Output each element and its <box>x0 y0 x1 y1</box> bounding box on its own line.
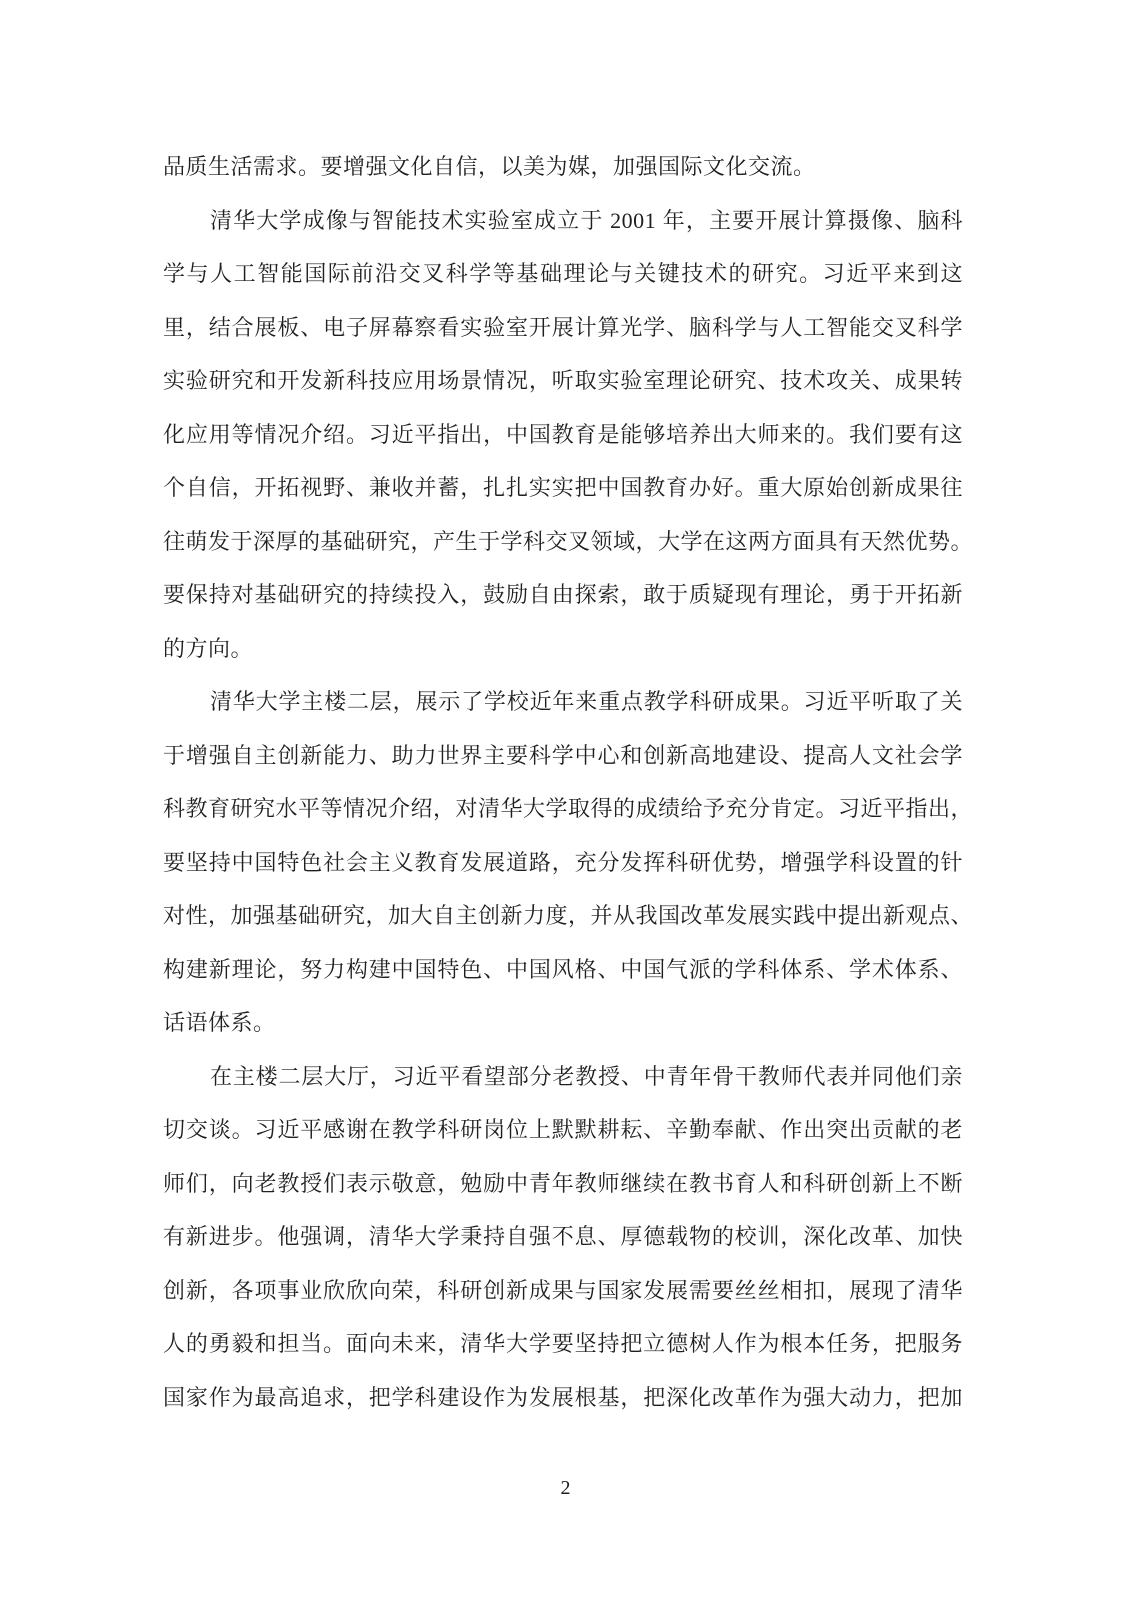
text-line: 师们，向老教授们表示敬意，勉励中青年教师继续在教书育人和科研创新上不断 <box>163 1157 963 1211</box>
text-line: 有新进步。他强调，清华大学秉持自强不息、厚德载物的校训，深化改革、加快 <box>163 1210 963 1264</box>
text-line: 创新，各项事业欣欣向荣，科研创新成果与国家发展需要丝丝相扣，展现了清华 <box>163 1264 963 1318</box>
text-line: 清华大学主楼二层，展示了学校近年来重点教学科研成果。习近平听取了关 <box>163 675 963 729</box>
text-line: 对性，加强基础研究，加大自主创新力度，并从我国改革发展实践中提出新观点、 <box>163 889 963 943</box>
text-line: 于增强自主创新能力、助力世界主要科学中心和创新高地建设、提高人文社会学 <box>163 729 963 783</box>
text-line: 的方向。 <box>163 622 963 676</box>
text-line: 往萌发于深厚的基础研究，产生于学科交叉领域，大学在这两方面具有天然优势。 <box>163 515 963 569</box>
text-line: 个自信，开拓视野、兼收并蓄，扎扎实实把中国教育办好。重大原始创新成果往 <box>163 461 963 515</box>
text-line: 要保持对基础研究的持续投入，鼓励自由探索，敢于质疑现有理论，勇于开拓新 <box>163 568 963 622</box>
text-line: 实验研究和开发新科技应用场景情况，听取实验室理论研究、技术攻关、成果转 <box>163 354 963 408</box>
text-line: 科教育研究水平等情况介绍，对清华大学取得的成绩给予充分肯定。习近平指出， <box>163 782 963 836</box>
text-line: 学与人工智能国际前沿交叉科学等基础理论与关键技术的研究。习近平来到这 <box>163 247 963 301</box>
document-body: 品质生活需求。要增强文化自信，以美为媒，加强国际文化交流。 清华大学成像与智能技… <box>163 140 963 1424</box>
document-page: 品质生活需求。要增强文化自信，以美为媒，加强国际文化交流。 清华大学成像与智能技… <box>0 0 1131 1600</box>
text-line: 里，结合展板、电子屏幕察看实验室开展计算光学、脑科学与人工智能交叉科学 <box>163 301 963 355</box>
text-line: 要坚持中国特色社会主义教育发展道路，充分发挥科研优势，增强学科设置的针 <box>163 836 963 890</box>
text-line: 在主楼二层大厅，习近平看望部分老教授、中青年骨干教师代表并同他们亲 <box>163 1050 963 1104</box>
page-number: 2 <box>0 1472 1131 1504</box>
text-line: 构建新理论，努力构建中国特色、中国风格、中国气派的学科体系、学术体系、 <box>163 943 963 997</box>
text-line: 话语体系。 <box>163 996 963 1050</box>
text-line: 化应用等情况介绍。习近平指出，中国教育是能够培养出大师来的。我们要有这 <box>163 408 963 462</box>
text-line: 清华大学成像与智能技术实验室成立于 2001 年，主要开展计算摄像、脑科 <box>163 194 963 248</box>
text-line: 品质生活需求。要增强文化自信，以美为媒，加强国际文化交流。 <box>163 140 963 194</box>
text-line: 切交谈。习近平感谢在教学科研岗位上默默耕耘、辛勤奉献、作出突出贡献的老 <box>163 1103 963 1157</box>
text-line: 人的勇毅和担当。面向未来，清华大学要坚持把立德树人作为根本任务，把服务 <box>163 1317 963 1371</box>
text-line: 国家作为最高追求，把学科建设作为发展根基，把深化改革作为强大动力，把加 <box>163 1371 963 1425</box>
